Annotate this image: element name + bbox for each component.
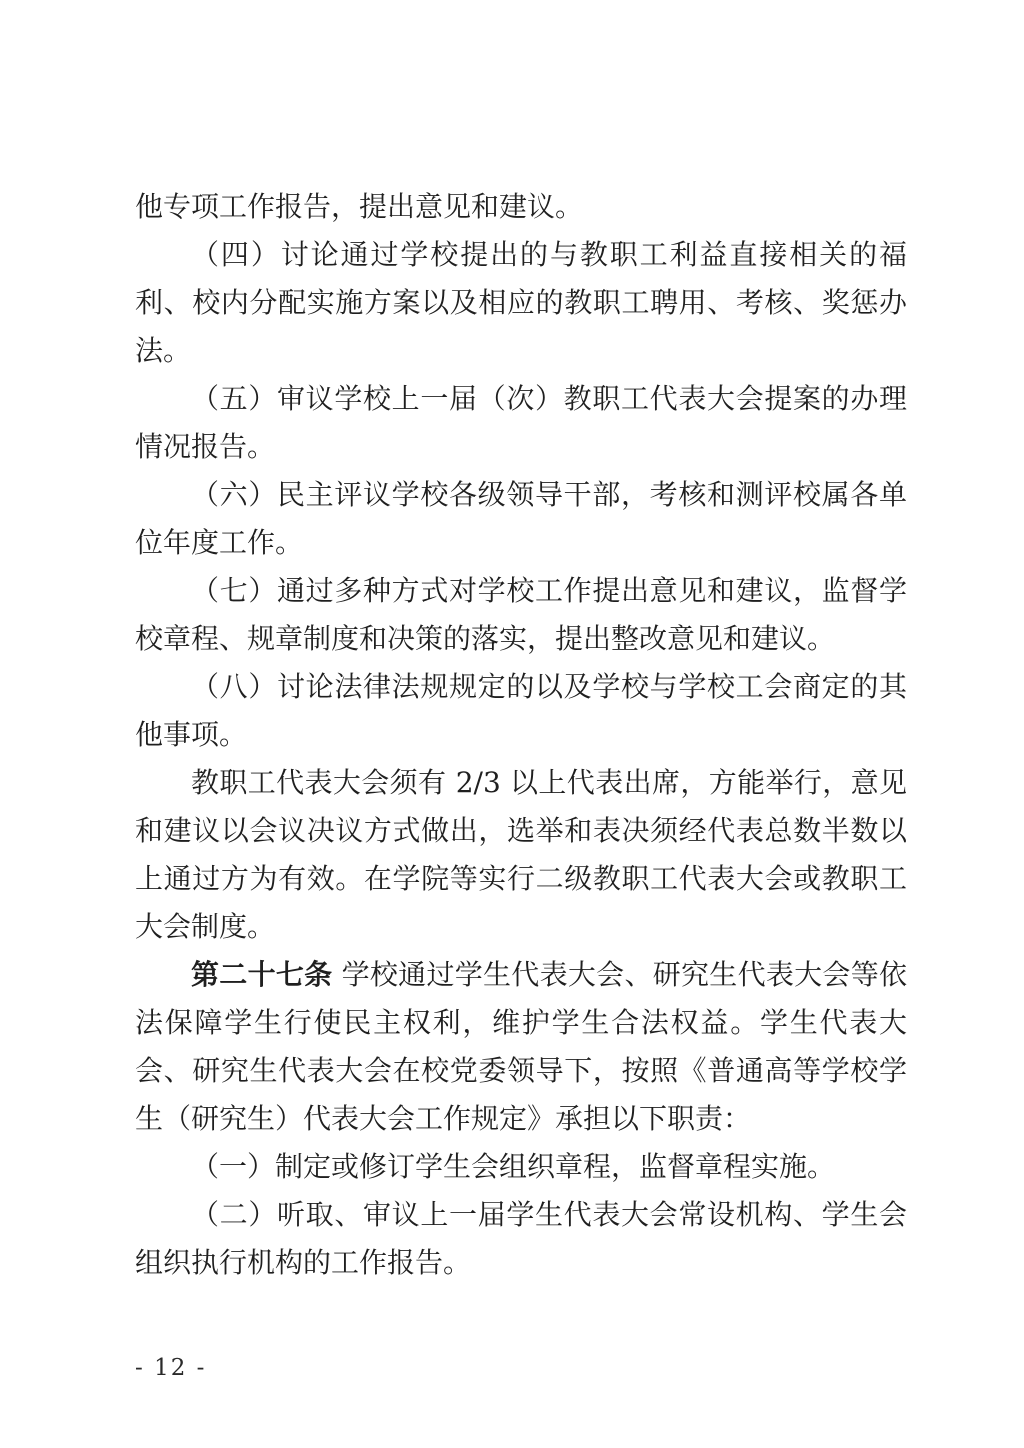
paragraph: （六）民主评议学校各级领导干部，考核和测评校属各单位年度工作。	[135, 471, 907, 567]
paragraph: 第二十七条 学校通过学生代表大会、研究生代表大会等依法保障学生行使民主权利，维护…	[135, 951, 907, 1143]
paragraph: （一）制定或修订学生会组织章程，监督章程实施。	[135, 1143, 907, 1191]
page-number: - 12 -	[135, 1352, 206, 1384]
paragraph: （七）通过多种方式对学校工作提出意见和建议，监督学校章程、规章制度和决策的落实，…	[135, 567, 907, 663]
paragraph: 教职工代表大会须有 2/3 以上代表出席，方能举行，意见和建议以会议决议方式做出…	[135, 759, 907, 951]
paragraph: （五）审议学校上一届（次）教职工代表大会提案的办理情况报告。	[135, 375, 907, 471]
paragraph: （四）讨论通过学校提出的与教职工利益直接相关的福利、校内分配实施方案以及相应的教…	[135, 231, 907, 375]
document-page: 他专项工作报告，提出意见和建议。（四）讨论通过学校提出的与教职工利益直接相关的福…	[0, 0, 1024, 1448]
article-number: 第二十七条	[191, 958, 332, 991]
document-body: 他专项工作报告，提出意见和建议。（四）讨论通过学校提出的与教职工利益直接相关的福…	[135, 183, 907, 1287]
paragraph: （八）讨论法律法规规定的以及学校与学校工会商定的其他事项。	[135, 663, 907, 759]
paragraph: （二）听取、审议上一届学生代表大会常设机构、学生会组织执行机构的工作报告。	[135, 1191, 907, 1287]
paragraph: 他专项工作报告，提出意见和建议。	[135, 183, 907, 231]
